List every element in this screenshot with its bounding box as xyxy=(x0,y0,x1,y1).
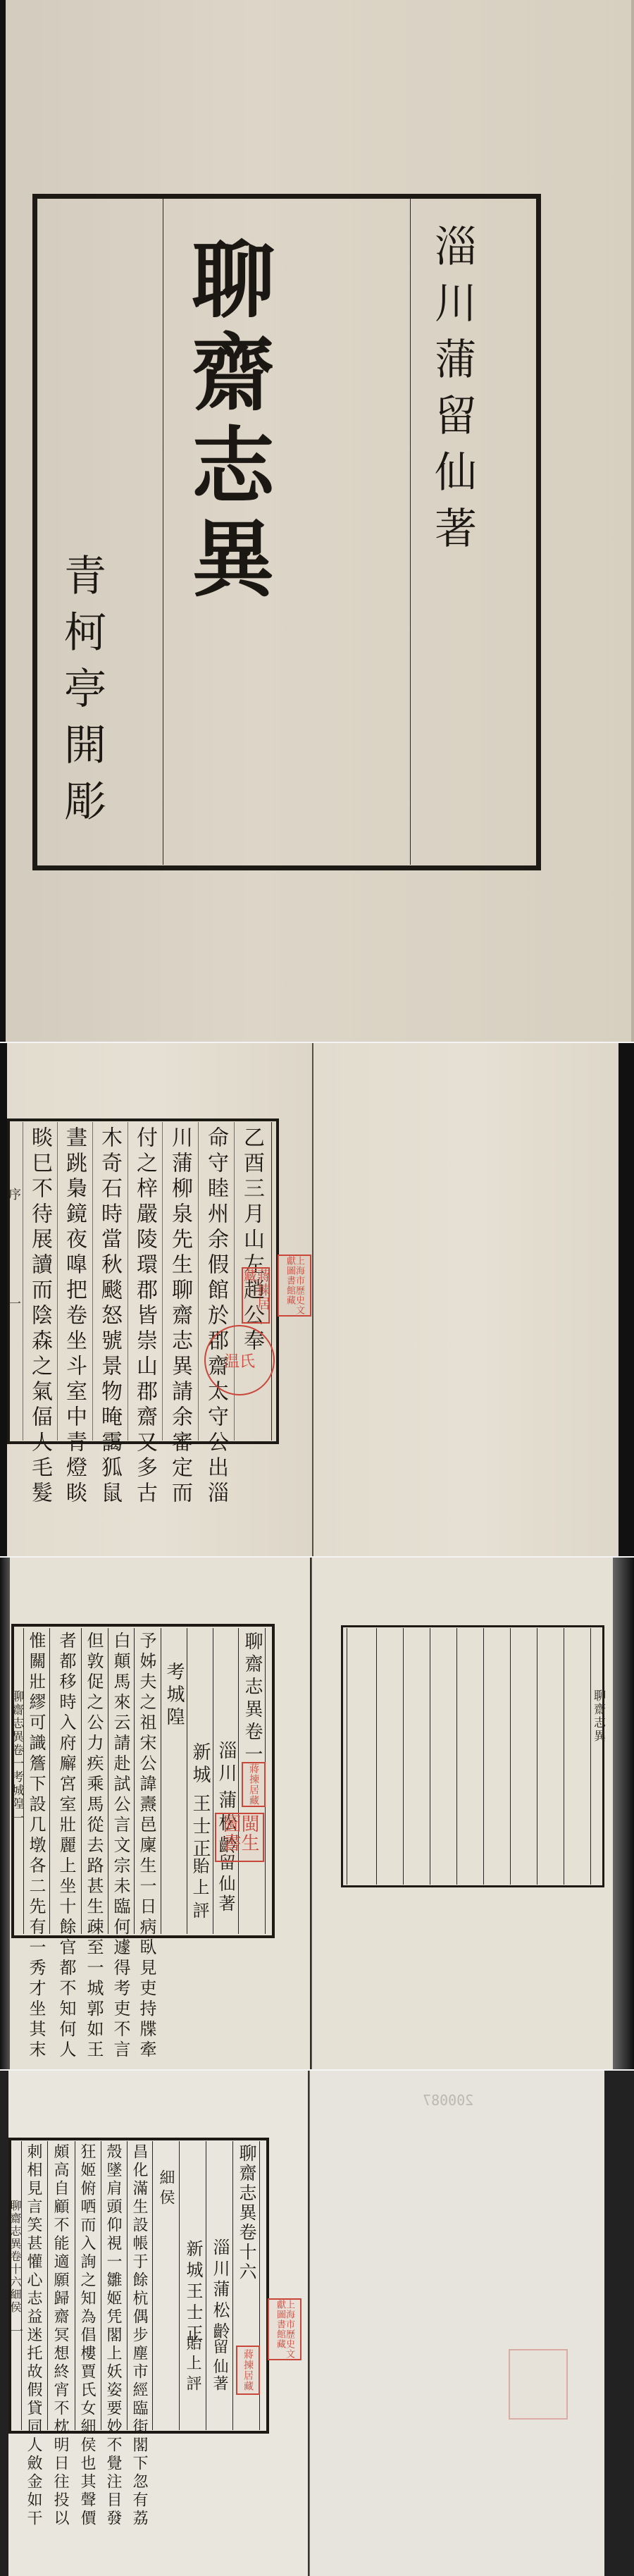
juan16-margin-label: 聊齋志異卷十六細侯 xyxy=(9,2200,20,2314)
story-column: 予姊夫之祖宋公諱燾邑廩生一日病臥見吏持牒牽 xyxy=(138,1632,155,2061)
spine xyxy=(308,2071,310,2576)
column-rule xyxy=(23,1628,24,1934)
book-edge-left xyxy=(0,0,6,1042)
collector-seal: 蔣揀居藏 xyxy=(242,1762,266,1807)
facing-label: 聊齋志異 xyxy=(592,1689,604,1743)
column-rule xyxy=(271,1122,272,1441)
preface-column: 川蒲柳泉先生聊齋志異請余審定而 xyxy=(169,1126,190,1507)
preface-right-leaf xyxy=(313,1043,634,1556)
juan-heading: 聊齋志異卷一 xyxy=(243,1632,261,1767)
preface-column: 木奇石時當秋颷怒號景物晻靄狐鼠 xyxy=(99,1126,120,1507)
column-rule xyxy=(161,1628,161,1934)
column-rule xyxy=(162,1122,163,1441)
cover-divider-left xyxy=(163,199,163,865)
column-rule xyxy=(376,1628,377,1885)
story-title: 考城隍 xyxy=(165,1662,183,1730)
cover-divider-right xyxy=(410,199,411,865)
column-rule xyxy=(92,1122,93,1441)
seal-text: 上海市歷史文獻圖書館藏 xyxy=(285,1256,304,1315)
column-rule xyxy=(75,2141,75,2430)
preface-column: 付之梓嚴陵環郡皆崇山郡齋又多古 xyxy=(134,1126,155,1507)
cover-page: 淄川蒲留仙著 聊齋志異 青柯亭開彫 xyxy=(0,0,634,1042)
column-rule xyxy=(510,1628,511,1885)
juan16-right-leaf xyxy=(309,2071,634,2576)
column-rule xyxy=(152,2141,153,2430)
seal-text: 蔣揀居藏 xyxy=(242,1269,269,1322)
preface-column: 晝跳梟鏡夜嘷把卷坐斗室中青燈睒 xyxy=(63,1126,85,1507)
column-rule xyxy=(23,1122,23,1441)
preface-spread: 乙酉三月山左趙公奉 命守睦州余假館於郡齋太守公出淄 川蒲柳泉先生聊齋志異請余審定… xyxy=(0,1043,634,1556)
column-rule xyxy=(134,1628,135,1934)
book-edge-left xyxy=(0,2071,8,2576)
story-column: 刺相見言笑甚懽心志益迷托故假貸同人斂金如干 xyxy=(25,2143,41,2528)
author-role: 著 xyxy=(217,1894,234,1916)
critic-role: 評 xyxy=(191,1902,208,1923)
library-seal: 上海市歷史文獻圖書館藏 xyxy=(278,1255,311,1317)
column-rule xyxy=(564,1628,564,1885)
juan1-spread: 聊齋志異卷一 淄川 蒲松齡 留仙 著 新城 王士正 貽上 評 考城隍 予姊夫之祖… xyxy=(0,1558,634,2069)
stamp-number: 200087 xyxy=(423,2092,473,2109)
critic-place: 新城 xyxy=(185,2240,201,2282)
critic-style: 貽上 xyxy=(191,1857,208,1899)
spine xyxy=(312,1043,313,1556)
author-role: 著 xyxy=(211,2375,227,2395)
author-place: 淄川 xyxy=(211,2238,228,2281)
column-rule xyxy=(238,1628,239,1934)
column-rule xyxy=(430,1628,430,1885)
column-rule xyxy=(213,1628,213,1934)
column-rule xyxy=(47,2141,48,2430)
column-rule xyxy=(101,2141,101,2430)
juan16-margin-page: 一 xyxy=(9,2324,22,2338)
seal-text: 蔣揀居藏 xyxy=(243,2349,253,2391)
author-name: 蒲松齡 xyxy=(211,2280,228,2343)
seal-text: 閩生圖書 xyxy=(221,1814,258,1861)
library-seal: 上海市歷史文獻圖書館藏 xyxy=(268,2298,302,2360)
cover-publisher: 青柯亭開彫 xyxy=(61,553,103,835)
column-rule xyxy=(456,1628,457,1885)
column-rule xyxy=(347,1628,347,1885)
column-rule xyxy=(483,1628,484,1885)
story-column: 狂姬俯哂而入詢之知為倡樓賈氏女細侯也其聲價 xyxy=(79,2143,94,2528)
book-edge-right xyxy=(613,1558,634,2069)
seal-text: 上海市歷史文獻圖書館藏 xyxy=(275,2300,294,2359)
preface-column: 命守睦州余假館於郡齋太守公出淄 xyxy=(205,1126,226,1507)
juan1-margin-page: 一 xyxy=(10,1811,23,1825)
story-column: 殼墜肩頭仰視一雛姬凭閣上妖姿要妙不覺注目發 xyxy=(105,2143,120,2528)
story-column: 但敦促之公力疾乘馬從去路甚生疎至一城郭如王 xyxy=(85,1632,102,2061)
critic-style: 貽上 xyxy=(185,2335,200,2374)
column-rule xyxy=(403,1628,404,1885)
story-column: 頗高自顧不能適願歸齋冥想終宵不枕明日往投以 xyxy=(52,2143,68,2528)
juan16-spread: 聊齋志異卷十六 淄川 蒲松齡 留仙 著 新城 王士正 貽上 評 細侯 昌化滿生設… xyxy=(0,2071,634,2576)
story-title: 細侯 xyxy=(158,2169,173,2209)
collector-seal: 蔣揀居藏 xyxy=(242,1267,270,1324)
author-place: 淄川 xyxy=(217,1741,235,1786)
cover-author: 淄川蒲留仙著 xyxy=(431,224,473,562)
cover-title: 聊齋志異 xyxy=(185,236,268,608)
column-rule xyxy=(537,1628,537,1885)
column-rule xyxy=(81,1628,82,1934)
book-edge-left xyxy=(0,1558,10,2069)
story-column: 昌化滿生設帳于餘杭偶步塵市經臨街閣下忽有荔 xyxy=(131,2143,147,2528)
author-style: 留仙 xyxy=(211,2338,227,2378)
critic-role: 評 xyxy=(185,2375,200,2395)
story-column: 惟關壯繆可識簷下設几墩各二先有一秀才坐其末 xyxy=(27,1632,44,2061)
column-rule xyxy=(128,1122,128,1441)
column-rule xyxy=(232,2141,233,2430)
column-rule xyxy=(57,1122,58,1441)
seal-text: 温氏 xyxy=(224,1350,255,1372)
column-rule xyxy=(108,1628,108,1934)
seal-text: 蔣揀居藏 xyxy=(249,1763,259,1806)
story-column: 者都移時入府廨宮室壯麗上坐十餘官都不知何人 xyxy=(58,1632,75,2061)
facing-frame xyxy=(341,1625,604,1887)
critic-name: 王士正 xyxy=(191,1794,209,1861)
book-edge-right xyxy=(631,0,634,1042)
story-column: 白顛馬來云請赴試公言文宗未臨何遽得考吏不言 xyxy=(112,1632,129,2061)
faint-seal xyxy=(509,2349,568,2420)
round-seal: 温氏 xyxy=(204,1325,275,1395)
column-rule xyxy=(49,1628,50,1934)
preface-margin-label: 序 xyxy=(7,1188,20,1202)
column-rule xyxy=(198,1122,199,1441)
column-rule xyxy=(127,2141,128,2430)
column-rule xyxy=(206,2141,206,2430)
preface-margin-page: 一 xyxy=(7,1297,20,1311)
column-rule xyxy=(179,2141,180,2430)
juan-heading: 聊齋志異卷十六 xyxy=(238,2144,256,2282)
column-rule xyxy=(187,1628,187,1934)
critic-place: 新城 xyxy=(191,1742,209,1787)
book-edge-right xyxy=(604,2071,634,2576)
square-seal: 閩生圖書 xyxy=(215,1813,264,1862)
juan1-margin-label: 聊齋志異卷一考城隍 xyxy=(10,1690,22,1811)
book-edge-right xyxy=(619,1043,634,1556)
column-rule xyxy=(590,1628,591,1885)
collector-seal: 蔣揀居藏 xyxy=(236,2346,260,2395)
spine xyxy=(310,1558,312,2069)
preface-column: 睒巳不待展讀而陰森之氣偪人毛髮 xyxy=(29,1126,50,1507)
